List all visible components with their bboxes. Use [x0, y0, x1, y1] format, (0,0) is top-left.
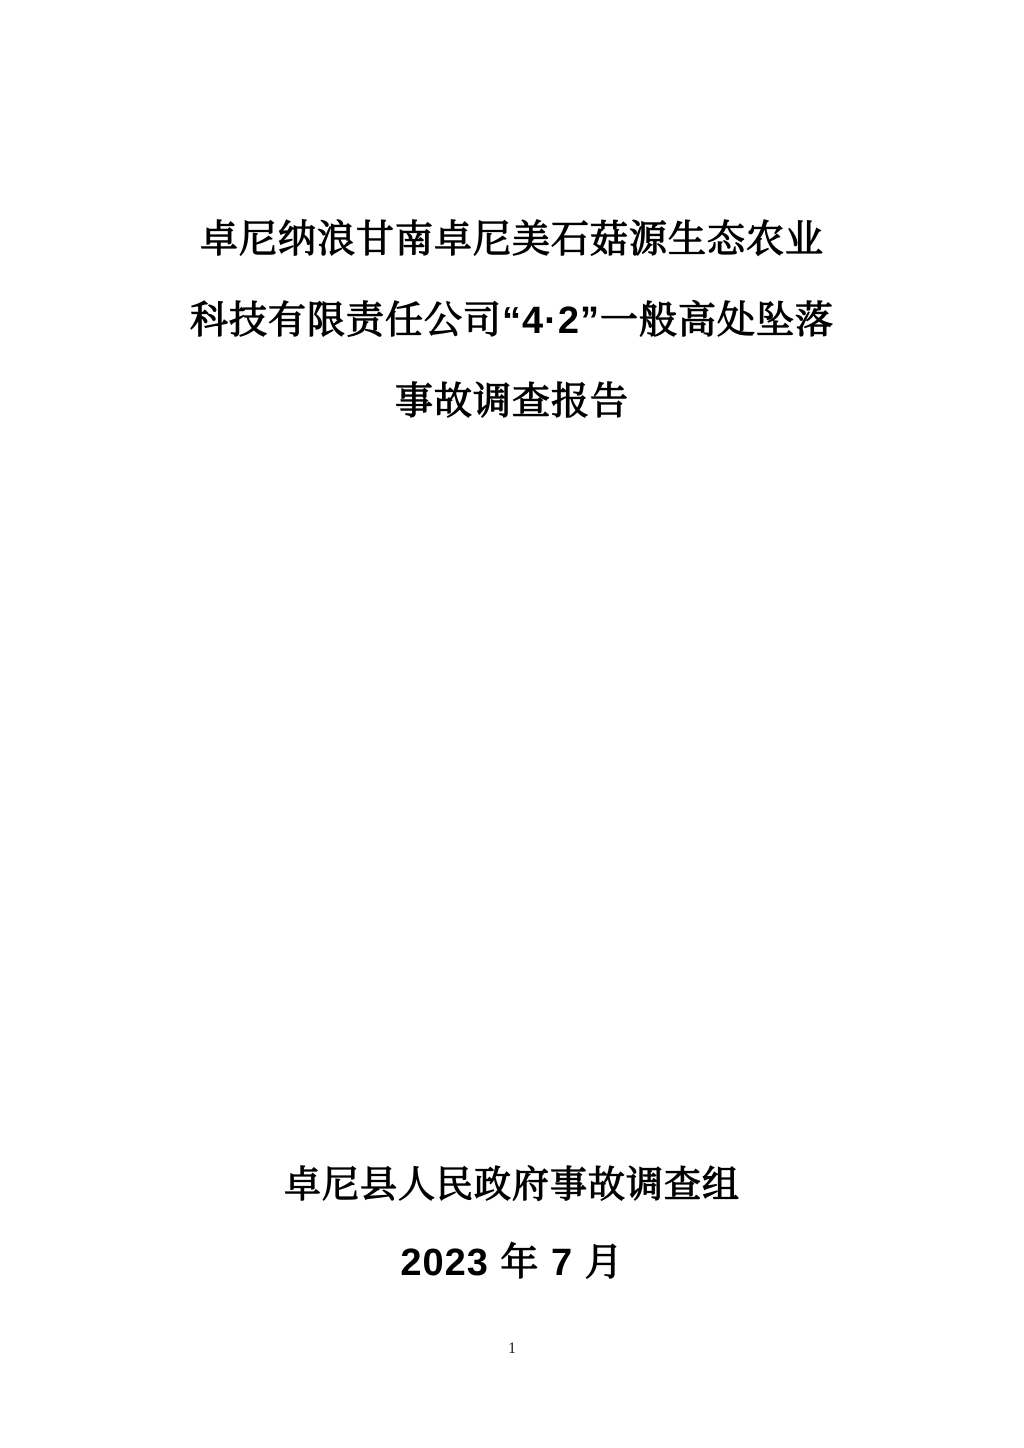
report-title-line-2: 科技有限责任公司“4·2”一般高处坠落 [0, 299, 1024, 343]
report-title-line-1: 卓尼纳浪甘南卓尼美石菇源生态农业 [0, 218, 1024, 262]
report-author: 卓尼县人民政府事故调查组 [0, 1163, 1024, 1207]
report-title-line-3: 事故调查报告 [0, 380, 1024, 424]
report-title: 卓尼纳浪甘南卓尼美石菇源生态农业 科技有限责任公司“4·2”一般高处坠落 事故调… [0, 218, 1024, 424]
page-number: 1 [0, 1340, 1024, 1358]
report-date: 2023 年 7 月 [0, 1241, 1024, 1285]
document-cover-page: 卓尼纳浪甘南卓尼美石菇源生态农业 科技有限责任公司“4·2”一般高处坠落 事故调… [0, 0, 1024, 1448]
